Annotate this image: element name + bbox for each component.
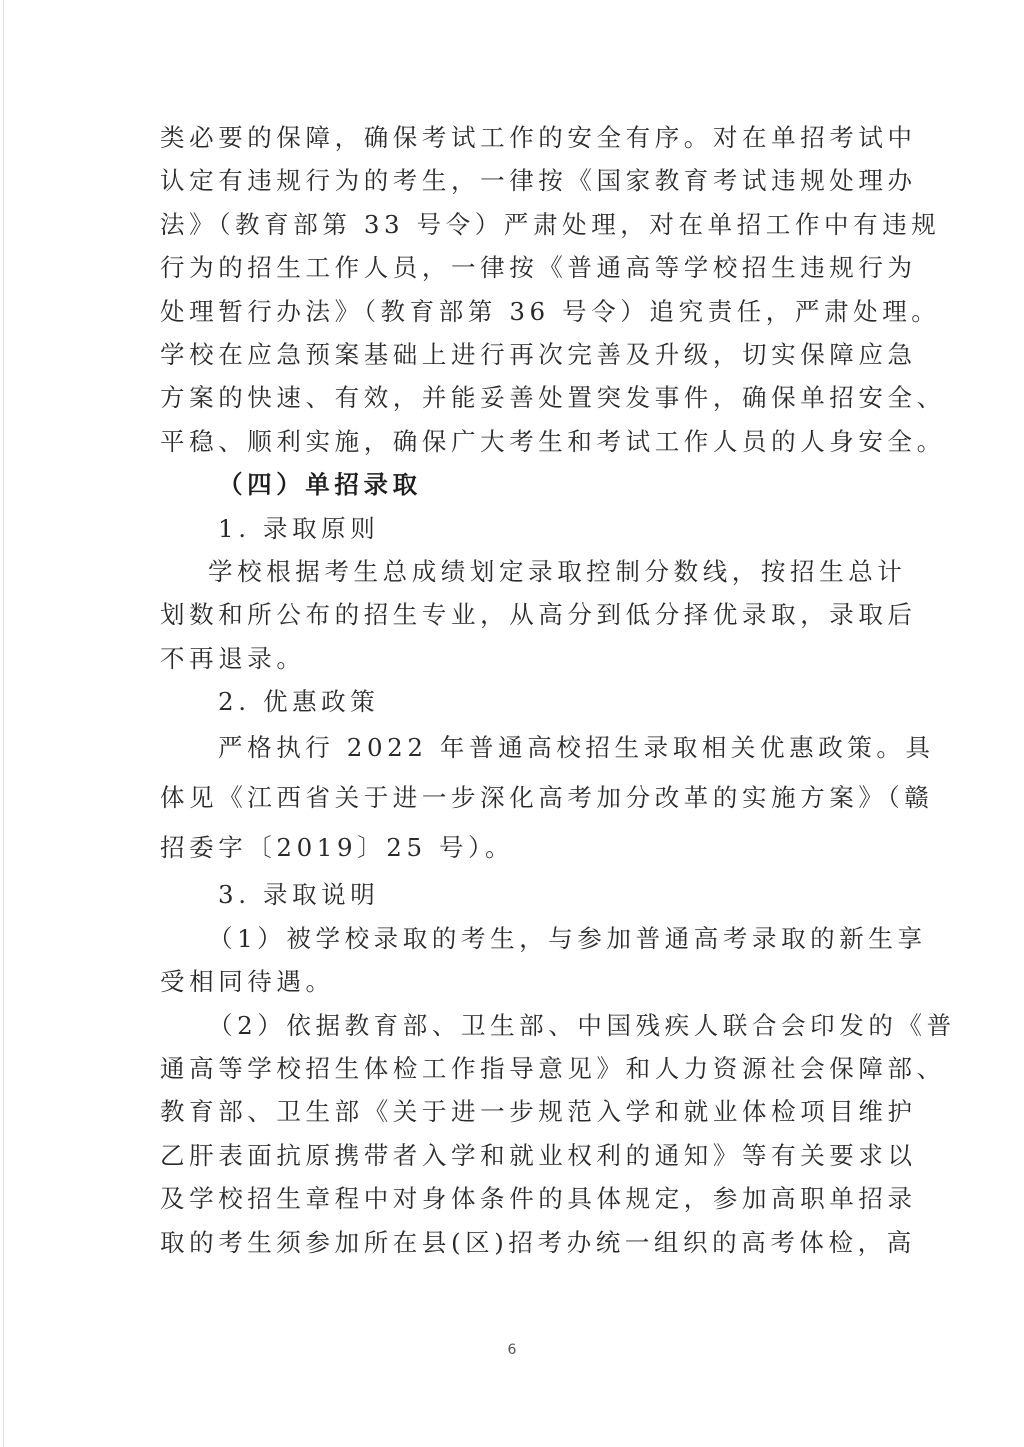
paragraph-line: 认定有违规行为的考生，一律按《国家教育考试违规处理办 bbox=[160, 159, 866, 202]
paragraph-line: 平稳、顺利实施，确保广大考生和考试工作人员的人身安全。 bbox=[160, 420, 866, 463]
page-number: 6 bbox=[0, 1342, 1024, 1358]
scan-edge-line bbox=[3, 0, 4, 1447]
paragraph-line: （1）被学校录取的考生，与参加普通高考录取的新生享 bbox=[160, 917, 866, 960]
paragraph-line: 行为的招生工作人员，一律按《普通高等学校招生违规行为 bbox=[160, 246, 866, 289]
paragraph-line: （2）依据教育部、卫生部、中国残疾人联合会印发的《普 bbox=[160, 1004, 866, 1047]
paragraph-line: 学校在应急预案基础上进行再次完善及升级，切实保障应急 bbox=[160, 333, 866, 376]
paragraph-line: 取的考生须参加所在县(区)招考办统一组织的高考体检，高 bbox=[160, 1221, 866, 1264]
paragraph-line: 学校根据考生总成绩划定录取控制分数线，按招生总计 bbox=[160, 550, 866, 593]
paragraph-line: 不再退录。 bbox=[160, 637, 866, 680]
paragraph-line: 划数和所公布的招生专业，从高分到低分择优录取，录取后 bbox=[160, 593, 866, 636]
subsection-title-admission-principle: 1. 录取原则 bbox=[160, 507, 866, 550]
paragraph-line: 乙肝表面抗原携带者入学和就业权利的通知》等有关要求以 bbox=[160, 1134, 866, 1177]
paragraph-line: 方案的快速、有效，并能妥善处置突发事件，确保单招安全、 bbox=[160, 376, 866, 419]
subsection-title-admission-notes: 3. 录取说明 bbox=[160, 873, 866, 916]
paragraph-line: 受相同待遇。 bbox=[160, 960, 866, 1003]
paragraph-line: 法》（教育部第 33 号令）严肃处理，对在单招工作中有违规 bbox=[160, 203, 866, 246]
paragraph-line: 类必要的保障，确保考试工作的安全有序。对在单招考试中 bbox=[160, 116, 866, 159]
document-body: 类必要的保障，确保考试工作的安全有序。对在单招考试中 认定有违规行为的考生，一律… bbox=[160, 116, 866, 1264]
section-heading: （四）单招录取 bbox=[160, 463, 866, 506]
paragraph-line: 招委字〔2019〕25 号）。 bbox=[160, 823, 866, 873]
paragraph-line: 处理暂行办法》（教育部第 36 号令）追究责任，严肃处理。 bbox=[160, 290, 866, 333]
paragraph-line: 严格执行 2022 年普通高校招生录取相关优惠政策。具 bbox=[160, 723, 866, 773]
paragraph-line: 体见《江西省关于进一步深化高考加分改革的实施方案》（赣 bbox=[160, 773, 866, 823]
paragraph-line: 教育部、卫生部《关于进一步规范入学和就业体检项目维护 bbox=[160, 1090, 866, 1133]
paragraph-line: 通高等学校招生体检工作指导意见》和人力资源社会保障部、 bbox=[160, 1047, 866, 1090]
subsection-title-preferential-policy: 2. 优惠政策 bbox=[160, 680, 866, 723]
paragraph-line: 及学校招生章程中对身体条件的具体规定，参加高职单招录 bbox=[160, 1177, 866, 1220]
